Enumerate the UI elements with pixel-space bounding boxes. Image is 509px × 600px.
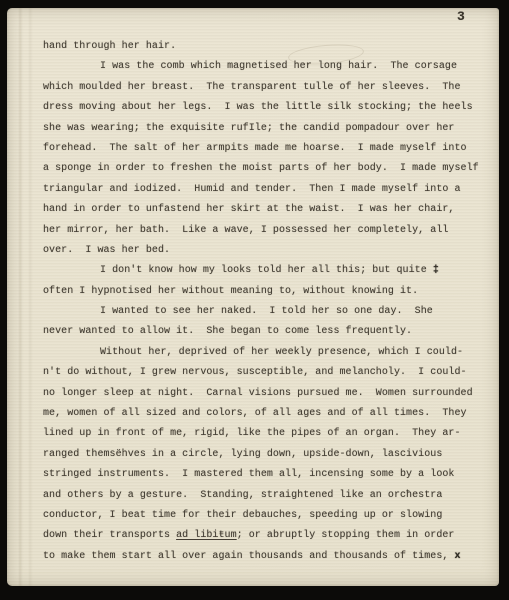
typescript-line: hand through her hair. xyxy=(43,37,479,57)
line-text: to make them start all over again thousa… xyxy=(43,551,454,562)
typescript-line: I don't know how my looks told her all t… xyxy=(43,261,479,281)
typescript-line: dress moving about her legs. I was the l… xyxy=(43,98,479,118)
scanned-page: 3 hand through her hair. I was the comb … xyxy=(0,0,509,600)
typescript-line: to make them start all over again thousa… xyxy=(43,547,479,567)
page-number: 3 xyxy=(457,9,465,24)
typescript-body: hand through her hair. I was the comb wh… xyxy=(43,37,479,567)
overstrike-mark: ‡ xyxy=(433,265,439,276)
line-text: down their transports xyxy=(43,530,176,541)
typescript-line: a sponge in order to freshen the moist p… xyxy=(43,159,479,179)
typescript-line: often I hypnotised her without meaning t… xyxy=(43,282,479,302)
typescript-line: no longer sleep at night. Carnal visions… xyxy=(43,384,479,404)
typescript-line: n't do without, I grew nervous, suscepti… xyxy=(43,363,479,383)
typescript-line: stringed instruments. I mastered them al… xyxy=(43,465,479,485)
line-text: I don't know how my looks told her all t… xyxy=(100,265,433,276)
paper-crease xyxy=(13,8,39,586)
line-text: ; or abruptly stopping them in order xyxy=(237,530,455,541)
typescript-line: triangular and iodized. Humid and tender… xyxy=(43,180,479,200)
overstrike-mark: x xyxy=(454,551,460,562)
typescript-line: lined up in front of me, rigid, like the… xyxy=(43,424,479,444)
typescript-line: and others by a gesture. Standing, strai… xyxy=(43,486,479,506)
typescript-line: Without her, deprived of her weekly pres… xyxy=(43,343,479,363)
typescript-line: I was the comb which magnetised her long… xyxy=(43,57,479,77)
typescript-line: forehead. The salt of her armpits made m… xyxy=(43,139,479,159)
typescript-line: never wanted to allow it. She began to c… xyxy=(43,322,479,342)
underlined-phrase: ad libiŧum xyxy=(176,530,237,541)
typescript-line: hand in order to unfastend her skirt at … xyxy=(43,200,479,220)
typescript-line: conductor, I beat time for their debauch… xyxy=(43,506,479,526)
typescript-line: over. I was her bed. xyxy=(43,241,479,261)
typescript-line: she was wearing; the exquisite rufIle; t… xyxy=(43,119,479,139)
typescript-line: down their transports ad libiŧum; or abr… xyxy=(43,526,479,546)
paper: 3 hand through her hair. I was the comb … xyxy=(7,8,499,586)
typescript-line: which moulded her breast. The transparen… xyxy=(43,78,479,98)
typescript-line: her mirror, her bath. Like a wave, I pos… xyxy=(43,221,479,241)
typescript-line: I wanted to see her naked. I told her so… xyxy=(43,302,479,322)
typescript-line: me, women of all sized and colors, of al… xyxy=(43,404,479,424)
typescript-line: ranged themsëhves in a circle, lying dow… xyxy=(43,445,479,465)
